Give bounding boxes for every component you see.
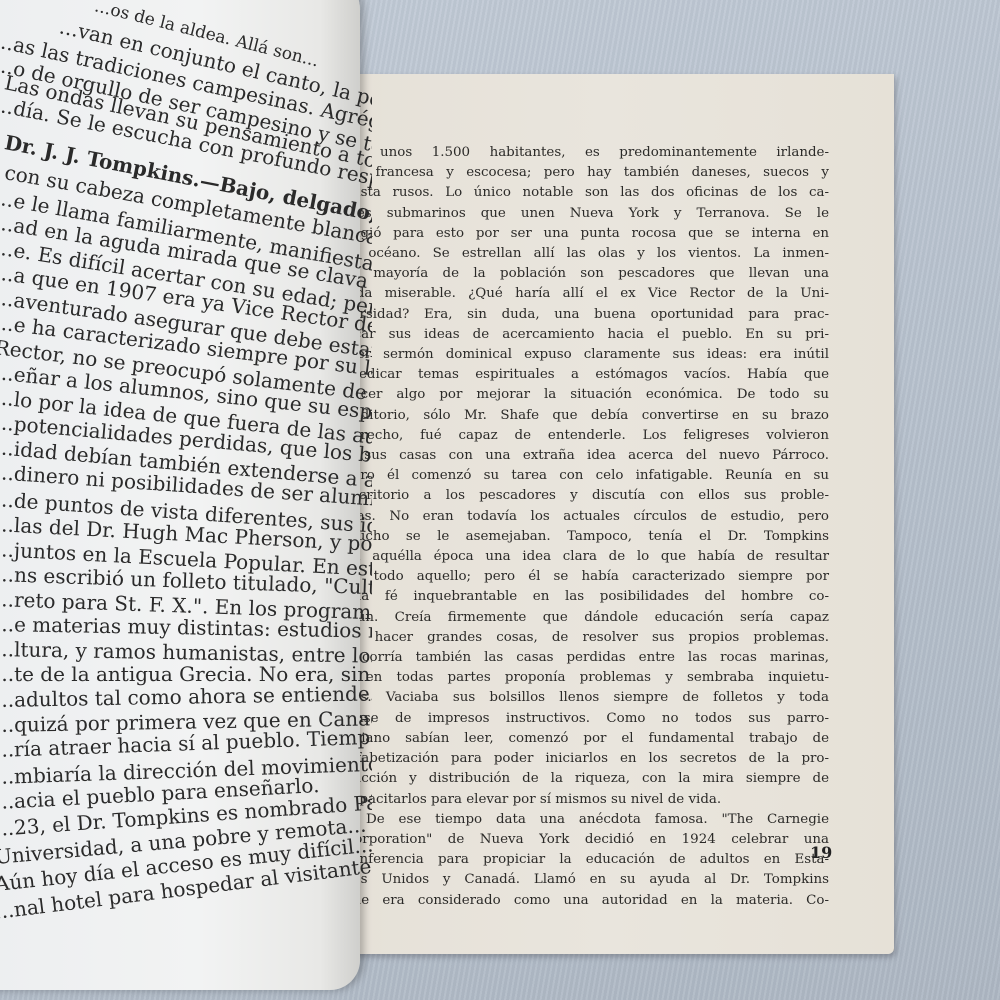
text-line: bles submarinos que unen Nueva York y Te… (344, 204, 829, 224)
text-line: auditorio, sólo Mr. Shafe que debía conv… (344, 406, 829, 426)
text-line: de hacer grandes cosas, de resolver sus … (344, 628, 829, 648)
text-line: sa, francesa y escocesa; pero hay tambié… (344, 163, 829, 183)
text-line: y en todas partes proponía problemas y s… (344, 668, 829, 688)
text-line: de todo aquello; pero él se había caract… (344, 567, 829, 587)
text-line: sa mayoría de la población son pescadore… (344, 264, 829, 284)
text-line: capacitarlos para elevar por sí mismos s… (344, 790, 829, 810)
text-line: predicar temas espirituales a estómagos … (344, 365, 829, 385)
text-line: hasta rusos. Lo único notable son las do… (344, 183, 829, 203)
text-line: des. Vaciaba sus bolsillos llenos siempr… (344, 688, 829, 708)
text-line: de unos 1.500 habitantes, es predominant… (344, 143, 829, 163)
text-line: dos Unidos y Canadá. Llamó en su ayuda a… (344, 870, 829, 890)
text-line: eligió para esto por ser una punta rocos… (344, 224, 829, 244)
right-page-body: de unos 1.500 habitantes, es predominant… (344, 143, 829, 911)
text-line: versidad? Era, sin duda, una buena oport… (344, 305, 829, 325)
text-line: el océano. Se estrellan allí las olas y … (344, 244, 829, 264)
text-line: Pero él comenzó su tarea con celo infati… (344, 466, 829, 486)
paragraph-start-line: De ese tiempo data una anécdota famosa. … (344, 810, 829, 830)
text-line: ducción y distribución de la riqueza, co… (344, 769, 829, 789)
text-line: conferencia para propiciar la educación … (344, 850, 829, 870)
text-line: mas. No eran todavía los actuales círcul… (344, 507, 829, 527)
text-line: escritorio a los pescadores y discutía c… (344, 486, 829, 506)
text-line: derecho, fué capaz de entenderle. Los fe… (344, 426, 829, 446)
text-line: ticar sus ideas de acercamiento hacia el… (344, 325, 829, 345)
text-line: Corporation" de Nueva York decidió en 19… (344, 830, 829, 850)
text-line: a sus casas con una extraña idea acerca … (344, 446, 829, 466)
text-line: clase de impresos instructivos. Como no … (344, 709, 829, 729)
text-line: vida miserable. ¿Qué haría allí el ex Vi… (344, 284, 829, 304)
text-line: quiano sabían leer, comenzó por el funda… (344, 729, 829, 749)
text-line: alfabetización para poder iniciarlos en … (344, 749, 829, 769)
text-line: mucho se le asemejaban. Tampoco, tenía e… (344, 527, 829, 547)
text-line: hacer algo por mejorar la situación econ… (344, 385, 829, 405)
left-page-body: ...os de la aldea. Allá son... ...van en… (0, 0, 372, 1000)
text-line: en aquélla época una idea clara de lo qu… (344, 547, 829, 567)
text-line: mer sermón dominical expuso claramente s… (344, 345, 829, 365)
text-line: que era considerado como una autoridad e… (344, 891, 829, 911)
text-line: mún. Creía firmemente que dándole educac… (344, 608, 829, 628)
page-number: 19 (810, 843, 832, 862)
text-line: Recorría también las casas perdidas entr… (344, 648, 829, 668)
text-line: una fé inquebrantable en las posibilidad… (344, 587, 829, 607)
